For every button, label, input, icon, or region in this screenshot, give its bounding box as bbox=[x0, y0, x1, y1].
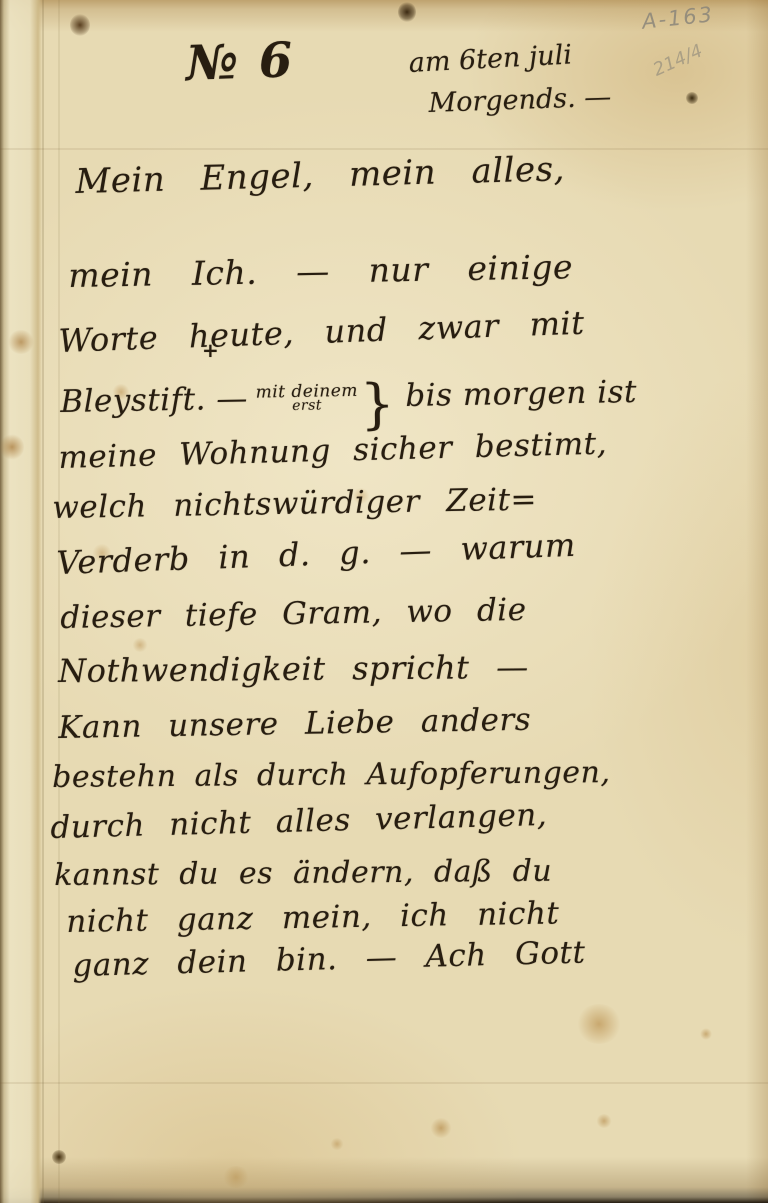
foxing-stain bbox=[430, 1118, 452, 1138]
date-line-2: Morgends. — bbox=[428, 82, 612, 119]
handwritten-line: nicht ganz mein, ich nicht bbox=[66, 895, 560, 940]
date-line-1: am 6ten juli bbox=[408, 39, 573, 79]
handwritten-line: dieser tiefe Gram, wo die bbox=[60, 592, 527, 636]
foxing-stain bbox=[70, 14, 90, 36]
paper-nick bbox=[398, 2, 416, 22]
handwritten-line: Verderb in d. g. — warum bbox=[56, 526, 576, 582]
paper-crease bbox=[0, 148, 768, 150]
foxing-stain bbox=[576, 1004, 622, 1044]
binding-edge bbox=[0, 0, 42, 1203]
line4-post: bis morgen ist bbox=[405, 374, 637, 414]
ink-fleck bbox=[686, 92, 698, 104]
foxing-stain bbox=[222, 1166, 250, 1188]
manuscript-letter-page: A-163 214/4 № 6 am 6ten juli Morgends. —… bbox=[0, 0, 768, 1203]
handwritten-line: durch nicht alles verlangen, bbox=[50, 797, 548, 846]
handwritten-line: Kann unsere Liebe anders bbox=[58, 702, 531, 746]
archival-number-pencil-secondary: 214/4 bbox=[650, 40, 706, 80]
archival-number-pencil: A-163 bbox=[641, 2, 715, 33]
foxing-stain bbox=[596, 1114, 612, 1128]
handwritten-line: meine Wohnung sicher bestimt, bbox=[58, 426, 607, 476]
handwritten-line: Mein Engel, mein alles, bbox=[75, 149, 565, 202]
foxing-stain bbox=[700, 1028, 712, 1040]
handwritten-line: Worte heute, und zwar mit bbox=[58, 304, 585, 360]
interlinear-insertion: mit deinemerst bbox=[256, 383, 359, 414]
insertion-brace: } bbox=[360, 372, 396, 436]
handwritten-line: bestehn als durch Aufopferungen, bbox=[52, 755, 611, 795]
handwritten-line: mein Ich. — nur einige bbox=[68, 247, 573, 295]
handwritten-line-with-insertion: Bleystift. —mit deinemerst} bis morgen i… bbox=[60, 374, 637, 420]
paper-crease bbox=[0, 1082, 768, 1084]
handwritten-line: welch nichtswürdiger Zeit= bbox=[52, 482, 537, 526]
fold-crease bbox=[42, 0, 44, 1203]
handwritten-line: Nothwendigkeit spricht — bbox=[58, 648, 529, 690]
line4-pre: Bleystift. — bbox=[60, 381, 248, 420]
letter-number: № 6 bbox=[185, 32, 295, 92]
foxing-stain bbox=[330, 1138, 344, 1150]
handwritten-line: kannst du es ändern, daß du bbox=[54, 854, 552, 893]
handwritten-line: ganz dein bin. — Ach Gott bbox=[72, 935, 586, 984]
foxing-stain bbox=[132, 638, 148, 652]
